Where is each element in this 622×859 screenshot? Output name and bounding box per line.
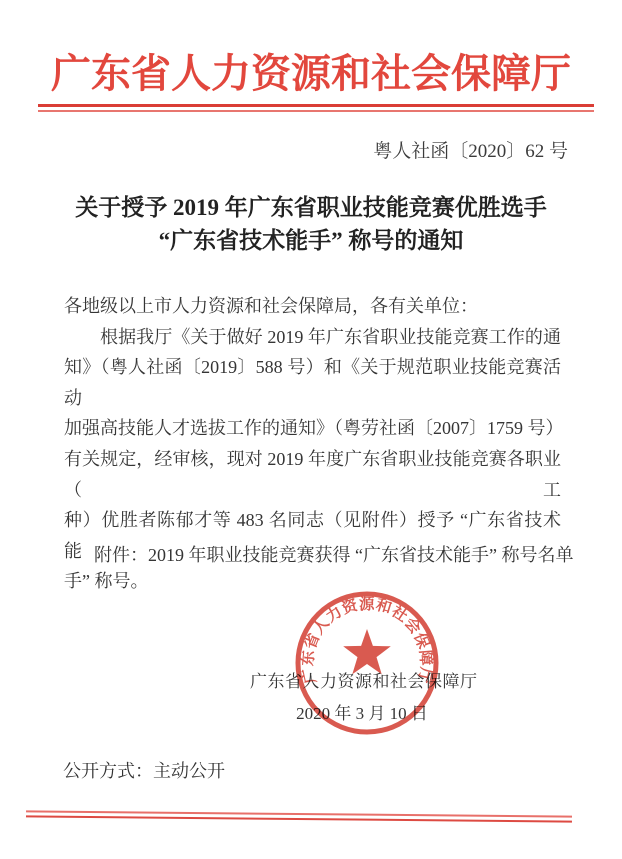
attachment-line: 附件：2019 年职业技能竞赛获得 “广东省技术能手” 称号名单 bbox=[64, 541, 561, 567]
paragraph-line: 有关规定，经审核，现对 2019 年度广东省职业技能竞赛各职业（工 bbox=[64, 444, 561, 505]
paragraph-line: 知》（粤人社函〔2019〕588 号）和《关于规范职业技能竞赛活动 bbox=[64, 352, 561, 413]
document-number: 粤人社函〔2020〕62 号 bbox=[373, 136, 568, 163]
notice-title-line2: “广东省技术能手” 称号的通知 bbox=[0, 224, 622, 257]
notice-title: 关于授予 2019 年广东省职业技能竞赛优胜选手 “广东省技术能手” 称号的通知 bbox=[0, 191, 622, 257]
paragraph-line: 加强高技能人才选拔工作的通知》（粤劳社函〔2007〕1759 号） bbox=[64, 413, 561, 444]
official-seal: 广东省人力资源和社会保障厅 bbox=[282, 578, 452, 748]
seal-star bbox=[343, 629, 391, 674]
salutation: 各地级以上市人力资源和社会保障局，各有关单位： bbox=[64, 291, 561, 322]
official-notice-page: 广东省人力资源和社会保障厅 粤人社函〔2020〕62 号 关于授予 2019 年… bbox=[0, 0, 622, 859]
bottom-rule bbox=[26, 810, 572, 822]
paragraph-line: 根据我厅《关于做好 2019 年广东省职业技能竞赛工作的通 bbox=[64, 322, 561, 353]
issuer-masthead: 广东省人力资源和社会保障厅 bbox=[0, 42, 622, 106]
notice-title-line1: 关于授予 2019 年广东省职业技能竞赛优胜选手 bbox=[0, 191, 622, 224]
publicity-method-line: 公开方式：主动公开 bbox=[63, 757, 225, 783]
masthead-rule bbox=[38, 104, 594, 112]
